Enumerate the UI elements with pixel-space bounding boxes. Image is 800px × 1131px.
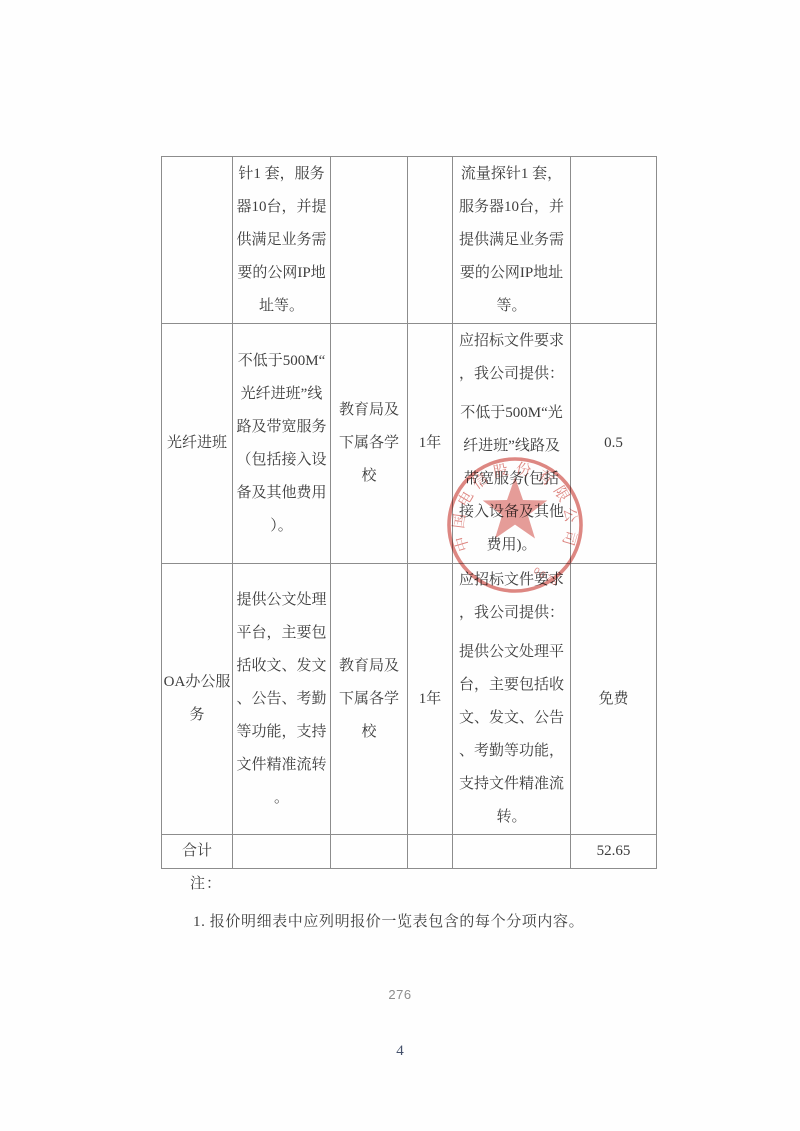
table-cell-r2c4: 1年: [408, 324, 453, 564]
table-cell-r3c6: 免费: [571, 564, 657, 835]
cell-paragraph: 不低于500M“光 纤进班”线路及 带宽服务(包括 接入设备及其他 费用)。: [453, 397, 570, 562]
cell-paragraph: 提供公文处理 平台，主要包 括收文、发文 、公告、考勤 等功能，支持 文件精准流…: [233, 584, 330, 815]
table-cell-r4c2: [233, 835, 331, 869]
table-row-1: 针1 套，服务 器10台，并提 供满足业务需 要的公网IP地 址等。流量探针1 …: [162, 157, 657, 324]
table-cell-r1c4: [408, 157, 453, 324]
cell-paragraph: 教育局及 下属各学 校: [331, 394, 407, 493]
table-cell-r2c3: 教育局及 下属各学 校: [331, 324, 408, 564]
cell-paragraph: OA办公服 务: [162, 666, 232, 732]
cell-paragraph: 提供公文处理平 台，主要包括收 文、发文、公告 、考勤等功能， 支持文件精准流 …: [453, 636, 570, 834]
table-cell-r4c3: [331, 835, 408, 869]
table-row-3: OA办公服 务提供公文处理 平台，主要包 括收文、发文 、公告、考勤 等功能，支…: [162, 564, 657, 835]
table-cell-r1c6: [571, 157, 657, 324]
table-cell-r3c4: 1年: [408, 564, 453, 835]
table-cell-r2c1: 光纤进班: [162, 324, 233, 564]
table-cell-r2c6: 0.5: [571, 324, 657, 564]
table-cell-r4c6: 52.65: [571, 835, 657, 869]
table-cell-r4c4: [408, 835, 453, 869]
cell-paragraph: 合计: [162, 835, 232, 868]
cell-paragraph: 应招标文件要求 ，我公司提供：: [453, 325, 570, 391]
notes-label: 注：: [190, 872, 222, 893]
page-number-inner: 4: [0, 1043, 800, 1060]
quotation-detail-table: 针1 套，服务 器10台，并提 供满足业务需 要的公网IP地 址等。流量探针1 …: [161, 156, 657, 869]
note-item-1: 1. 报价明细表中应列明报价一览表包含的每个分项内容。: [193, 910, 584, 931]
table-cell-r1c3: [331, 157, 408, 324]
page-number-outer: 276: [0, 987, 800, 1002]
cell-paragraph: 1年: [408, 683, 452, 716]
table-row-2: 光纤进班不低于500M“ 光纤进班”线 路及带宽服务 （包括接入设 备及其他费用…: [162, 324, 657, 564]
cell-paragraph: 流量探针1 套， 服务器10台，并 提供满足业务需 要的公网IP地址 等。: [453, 158, 570, 323]
table-cell-r2c5: 应招标文件要求 ，我公司提供：不低于500M“光 纤进班”线路及 带宽服务(包括…: [453, 324, 571, 564]
table-cell-r4c1: 合计: [162, 835, 233, 869]
table-cell-r1c2: 针1 套，服务 器10台，并提 供满足业务需 要的公网IP地 址等。: [233, 157, 331, 324]
table-cell-r3c5: 应招标文件要求 ，我公司提供：提供公文处理平 台，主要包括收 文、发文、公告 、…: [453, 564, 571, 835]
cell-paragraph: 光纤进班: [162, 427, 232, 460]
table-cell-r4c5: [453, 835, 571, 869]
cell-paragraph: 0.5: [571, 427, 656, 460]
table-cell-r3c3: 教育局及 下属各学 校: [331, 564, 408, 835]
cell-paragraph: 52.65: [571, 835, 656, 868]
cell-paragraph: 应招标文件要求 ，我公司提供：: [453, 564, 570, 630]
table-cell-r3c2: 提供公文处理 平台，主要包 括收文、发文 、公告、考勤 等功能，支持 文件精准流…: [233, 564, 331, 835]
cell-paragraph: 不低于500M“ 光纤进班”线 路及带宽服务 （包括接入设 备及其他费用 ）。: [233, 345, 330, 543]
table-cell-r1c5: 流量探针1 套， 服务器10台，并 提供满足业务需 要的公网IP地址 等。: [453, 157, 571, 324]
table-cell-r2c2: 不低于500M“ 光纤进班”线 路及带宽服务 （包括接入设 备及其他费用 ）。: [233, 324, 331, 564]
table-cell-r1c1: [162, 157, 233, 324]
table-cell-r3c1: OA办公服 务: [162, 564, 233, 835]
cell-paragraph: 针1 套，服务 器10台，并提 供满足业务需 要的公网IP地 址等。: [233, 158, 330, 323]
cell-paragraph: 免费: [571, 683, 656, 716]
cell-paragraph: 1年: [408, 427, 452, 460]
cell-paragraph: 教育局及 下属各学 校: [331, 650, 407, 749]
table-row-4: 合计52.65: [162, 835, 657, 869]
document-page: 针1 套，服务 器10台，并提 供满足业务需 要的公网IP地 址等。流量探针1 …: [0, 0, 800, 1131]
